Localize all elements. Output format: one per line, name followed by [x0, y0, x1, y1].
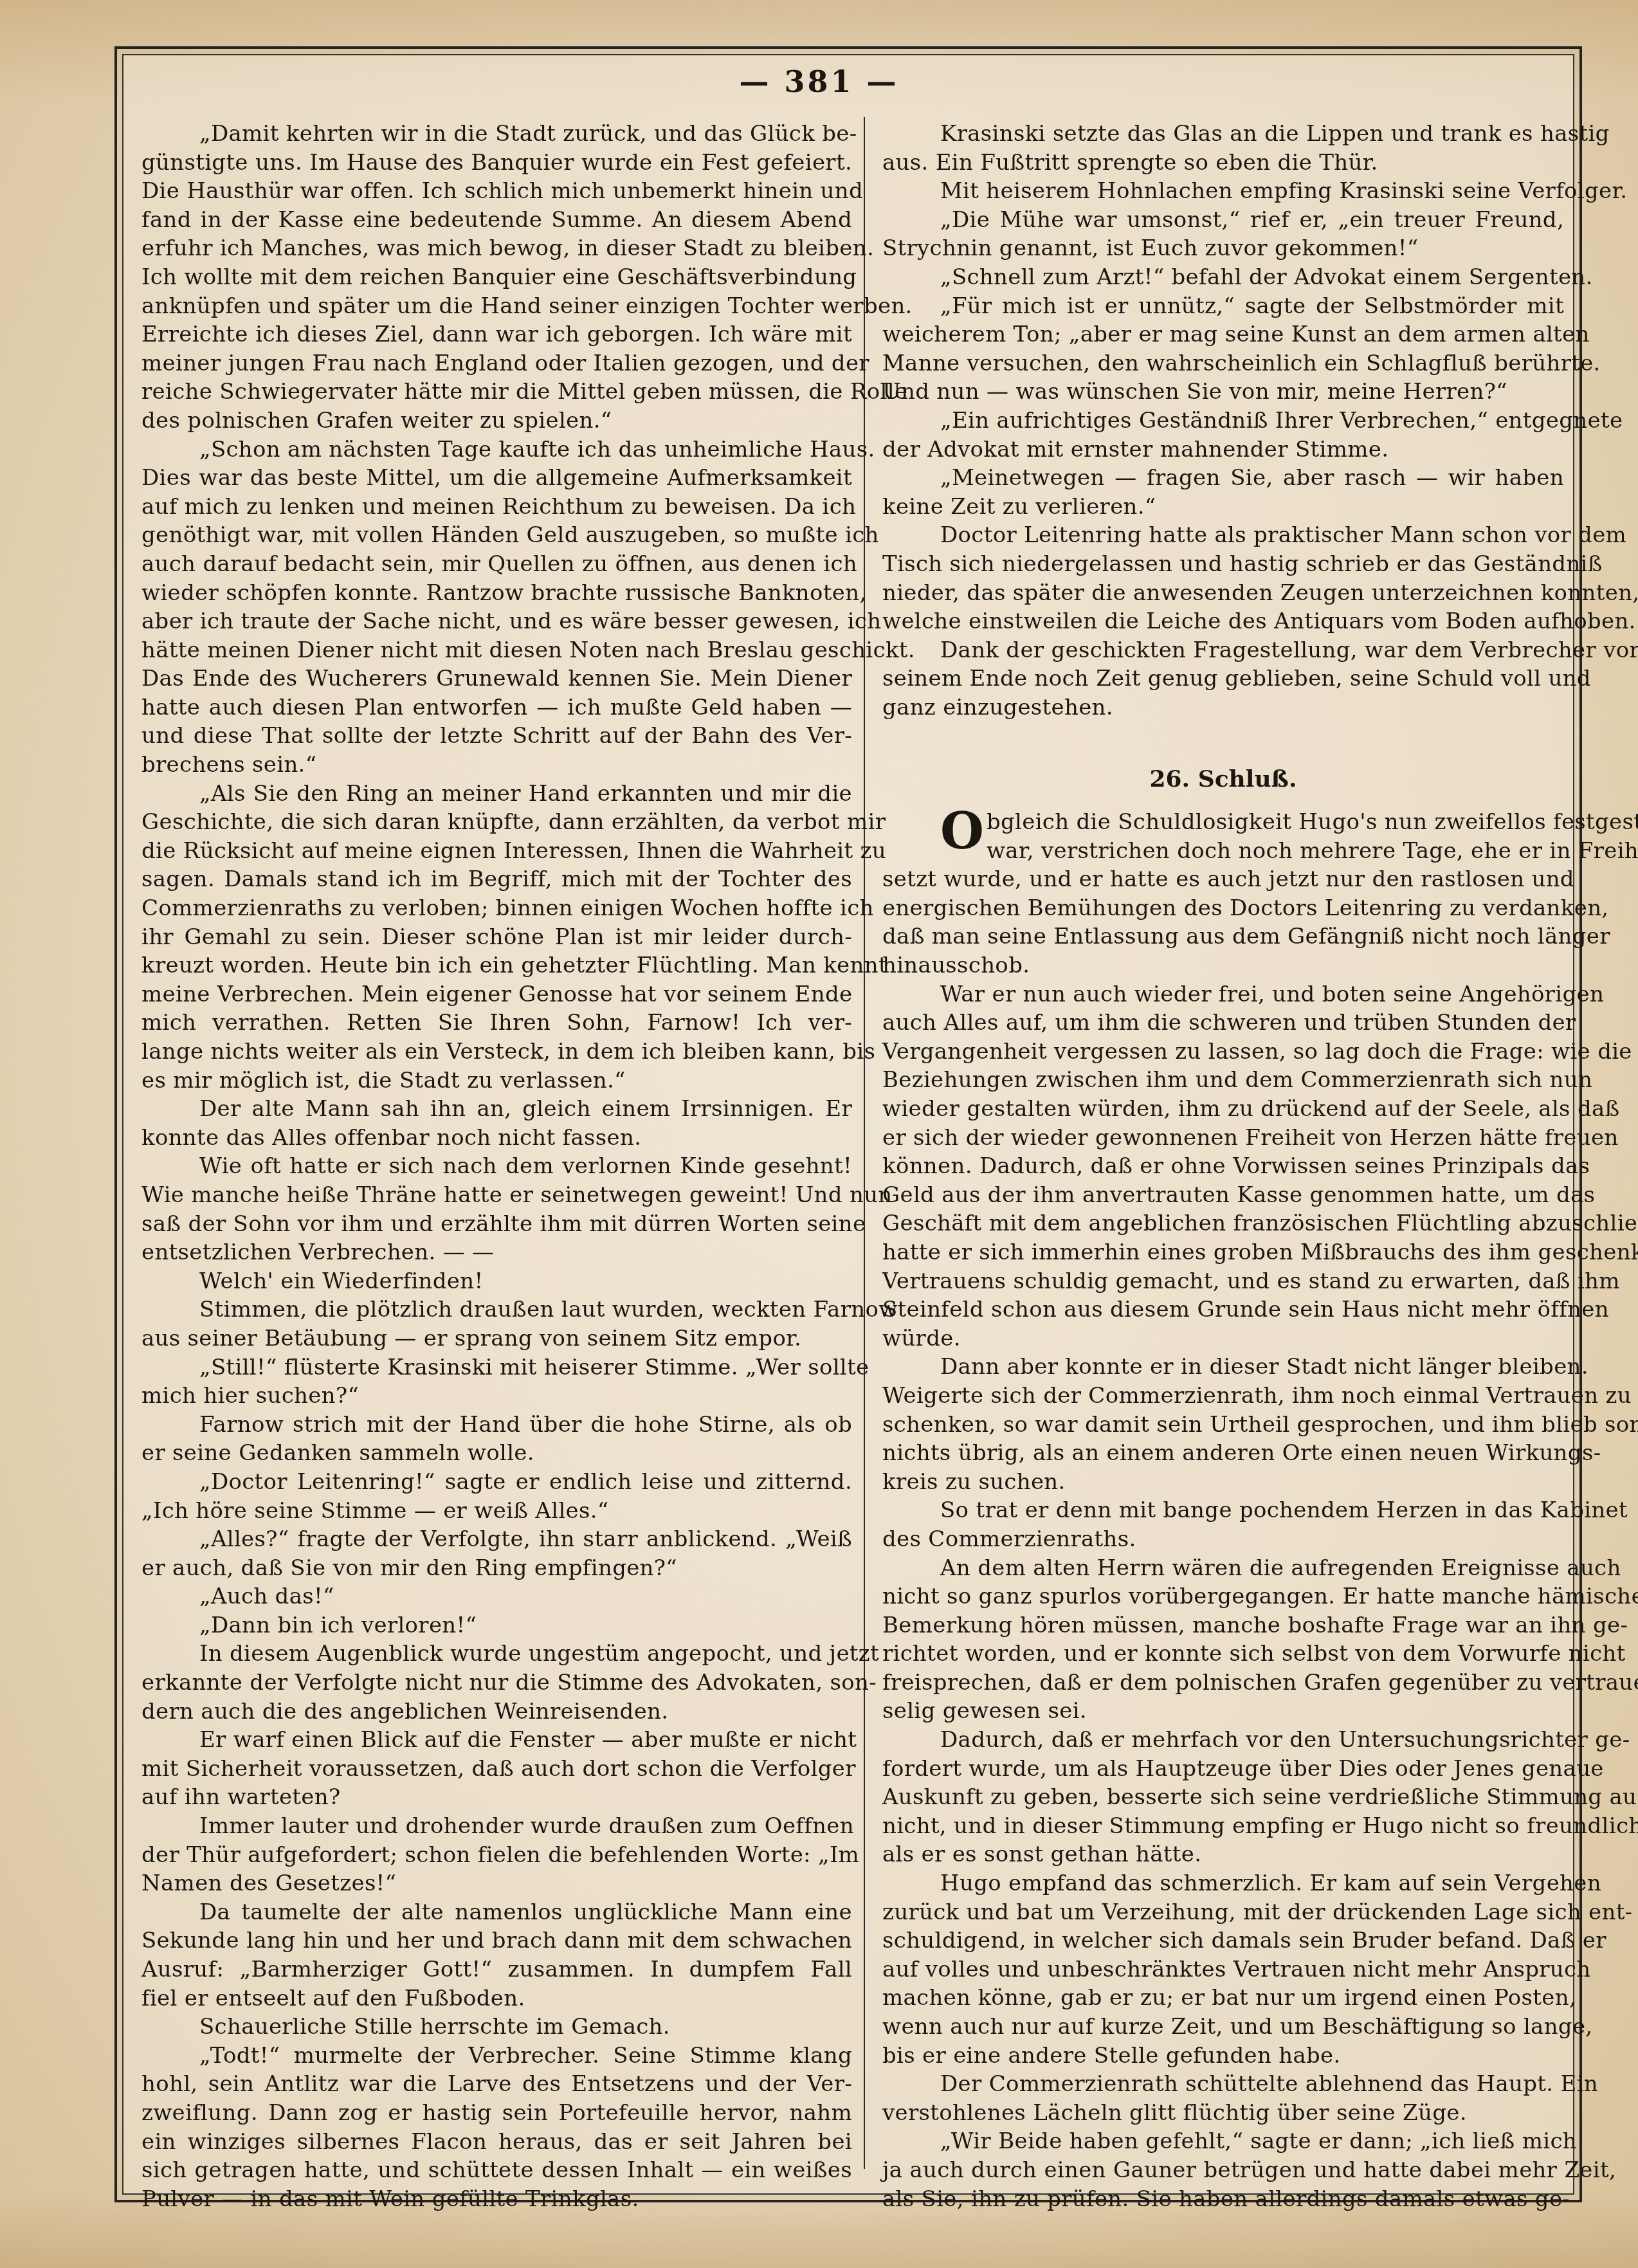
text-line: „Als Sie den Ring an meiner Hand erkannt…	[141, 780, 852, 809]
text-line: fand in der Kasse eine bedeutende Summe.…	[141, 206, 852, 235]
text-line: die Rücksicht auf meine eignen Interesse…	[141, 837, 852, 866]
text-line: Schauerliche Stille herrschte im Gemach.	[141, 2013, 852, 2042]
text-line: „Doctor Leitenring!“ sagte er endlich le…	[141, 1468, 852, 1497]
text-line: Dank der geschickten Fragestellung, war …	[882, 636, 1564, 665]
text-line: nieder, das später die anwesenden Zeugen…	[882, 579, 1564, 608]
text-line: Das Ende des Wucherers Grunewald kennen …	[141, 664, 852, 693]
text-line: „Wir Beide haben gefehlt,“ sagte er dann…	[882, 2127, 1564, 2156]
text-line: Beziehungen zwischen ihm und dem Commerz…	[882, 1066, 1564, 1095]
text-line: „Alles?“ fragte der Verfolgte, ihn starr…	[141, 1525, 852, 1554]
drop-cap-initial: O	[940, 809, 984, 854]
text-line: kreuzt worden. Heute bin ich ein gehetzt…	[141, 951, 852, 980]
text-line: freisprechen, daß er dem polnischen Graf…	[882, 1669, 1564, 1697]
text-line: anknüpfen und später um die Hand seiner …	[141, 292, 852, 321]
right-column-text-after-heading: Obgleich die Schuldlosigkeit Hugo's nun …	[882, 808, 1564, 2213]
text-line: „Dann bin ich verloren!“	[141, 1611, 852, 1640]
text-line: War er nun auch wieder frei, und boten s…	[882, 980, 1564, 1009]
text-line: „Ich höre seine Stimme — er weiß Alles.“	[141, 1497, 852, 1526]
right-column-text-before-heading: Krasinski setzte das Glas an die Lippen …	[882, 120, 1564, 722]
text-line: mit Sicherheit voraussetzen, daß auch do…	[141, 1755, 852, 1784]
text-line: In diesem Augenblick wurde ungestüm ange…	[141, 1640, 852, 1669]
text-line: „Todt!“ murmelte der Verbrecher. Seine S…	[141, 2042, 852, 2071]
text-line: auch Alles auf, um ihm die schweren und …	[882, 1009, 1564, 1038]
text-line: sich getragen hatte, und schüttete desse…	[141, 2156, 852, 2185]
text-line: wenn auch nur auf kurze Zeit, und um Bes…	[882, 2013, 1564, 2042]
text-line: welche einstweilen die Leiche des Antiqu…	[882, 607, 1564, 636]
text-line: Erreichte ich dieses Ziel, dann war ich …	[141, 320, 852, 349]
text-line: erfuhr ich Manches, was mich bewog, in d…	[141, 234, 852, 263]
text-line: der Thür aufgefordert; schon fielen die …	[141, 1841, 852, 1870]
text-line: Pulver — in das mit Wein gefüllte Trinkg…	[141, 2185, 852, 2214]
text-line: „Damit kehrten wir in die Stadt zurück, …	[141, 120, 852, 149]
text-line: keine Zeit zu verlieren.“	[882, 493, 1564, 522]
text-line: daß man seine Entlassung aus dem Gefängn…	[882, 922, 1564, 951]
text-line: Farnow strich mit der Hand über die hohe…	[141, 1411, 852, 1440]
text-line: Vergangenheit vergessen zu lassen, so la…	[882, 1038, 1564, 1066]
text-line: nicht, und in dieser Stimmung empfing er…	[882, 1812, 1564, 1841]
text-line: reiche Schwiegervater hätte mir die Mitt…	[141, 378, 852, 407]
text-line: „Für mich ist er unnütz,“ sagte der Selb…	[882, 292, 1564, 321]
text-line: auf mich zu lenken und meinen Reichthum …	[141, 493, 852, 522]
text-line: hatte auch diesen Plan entworfen — ich m…	[141, 693, 852, 722]
text-line: Die Hausthür war offen. Ich schlich mich…	[141, 177, 852, 206]
text-line: Immer lauter und drohender wurde draußen…	[141, 1812, 852, 1841]
text-line: Wie oft hatte er sich nach dem verlornen…	[141, 1152, 852, 1181]
column-divider	[864, 117, 865, 2169]
text-line: als er es sonst gethan hätte.	[882, 1840, 1564, 1869]
text-line: brechens sein.“	[141, 751, 852, 780]
text-line: aus seiner Betäubung — er sprang von sei…	[141, 1324, 852, 1353]
text-line: auch darauf bedacht sein, mir Quellen zu…	[141, 550, 852, 579]
text-line: Er warf einen Blick auf die Fenster — ab…	[141, 1726, 852, 1755]
text-line: „Ein aufrichtiges Geständniß Ihrer Verbr…	[882, 407, 1564, 435]
text-line: Mit heiserem Hohnlachen empfing Krasinsk…	[882, 177, 1564, 206]
text-line: Strychnin genannt, ist Euch zuvor gekomm…	[882, 234, 1564, 263]
text-line: weicherem Ton; „aber er mag seine Kunst …	[882, 320, 1564, 349]
text-line: Namen des Gesetzes!“	[141, 1869, 852, 1898]
text-line: aus. Ein Fußtritt sprengte so eben die T…	[882, 149, 1564, 178]
text-line: des polnischen Grafen weiter zu spielen.…	[141, 407, 852, 435]
text-line: Und nun — was wünschen Sie von mir, mein…	[882, 378, 1564, 407]
text-line: es mir möglich ist, die Stadt zu verlass…	[141, 1066, 852, 1095]
text-line: „Schnell zum Arzt!“ befahl der Advokat e…	[882, 263, 1564, 292]
text-line: machen könne, gab er zu; er bat nur um i…	[882, 1984, 1564, 2013]
text-line: mich verrathen. Retten Sie Ihren Sohn, F…	[141, 1009, 852, 1038]
text-line: Sekunde lang hin und her und brach dann …	[141, 1926, 852, 1955]
text-line: Ausruf: „Barmherziger Gott!“ zusammen. I…	[141, 1955, 852, 1984]
text-line: und diese That sollte der letzte Schritt…	[141, 722, 852, 751]
text-line: Ich wollte mit dem reichen Banquier eine…	[141, 263, 852, 292]
text-line: So trat er denn mit bange pochendem Herz…	[882, 1496, 1564, 1525]
text-line: energischen Bemühungen des Doctors Leite…	[882, 894, 1564, 923]
text-line: lange nichts weiter als ein Versteck, in…	[141, 1038, 852, 1066]
text-line: selig gewesen sei.	[882, 1697, 1564, 1726]
text-line: zweiflung. Dann zog er hastig sein Porte…	[141, 2099, 852, 2128]
text-line: Dies war das beste Mittel, um die allgem…	[141, 464, 852, 493]
text-line: Auskunft zu geben, besserte sich seine v…	[882, 1783, 1564, 1812]
text-line: konnte das Alles offenbar noch nicht fas…	[141, 1124, 852, 1153]
text-line: hatte er sich immerhin eines groben Mißb…	[882, 1238, 1564, 1267]
text-line: hohl, sein Antlitz war die Larve des Ent…	[141, 2070, 852, 2099]
text-line: war, verstrichen doch noch mehrere Tage,…	[882, 837, 1564, 866]
text-line: ganz einzugestehen.	[882, 693, 1564, 722]
text-line: „Die Mühe war umsonst,“ rief er, „ein tr…	[882, 206, 1564, 235]
text-line: richtet worden, und er konnte sich selbs…	[882, 1640, 1564, 1669]
text-line: hinausschob.	[882, 951, 1564, 980]
text-line: saß der Sohn vor ihm und erzählte ihm mi…	[141, 1210, 852, 1239]
text-line: verstohlenes Lächeln glitt flüchtig über…	[882, 2099, 1564, 2128]
text-line: „Auch das!“	[141, 1582, 852, 1611]
text-line: fiel er entseelt auf den Fußboden.	[141, 1984, 852, 2013]
text-line: kreis zu suchen.	[882, 1468, 1564, 1497]
text-line: Weigerte sich der Commerzienrath, ihm no…	[882, 1382, 1564, 1411]
text-line: erkannte der Verfolgte nicht nur die Sti…	[141, 1669, 852, 1697]
text-line: „Schon am nächsten Tage kaufte ich das u…	[141, 435, 852, 464]
text-line: Tisch sich niedergelassen und hastig sch…	[882, 550, 1564, 579]
text-line: hätte meinen Diener nicht mit diesen Not…	[141, 636, 852, 665]
text-line: Doctor Leitenring hatte als praktischer …	[882, 521, 1564, 550]
text-line: sagen. Damals stand ich im Begriff, mich…	[141, 865, 852, 894]
text-line: Steinfeld schon aus diesem Grunde sein H…	[882, 1295, 1564, 1324]
text-line: Der alte Mann sah ihn an, gleich einem I…	[141, 1095, 852, 1124]
text-line: wieder schöpfen konnte. Rantzow brachte …	[141, 579, 852, 608]
text-line: Bemerkung hören müssen, manche boshafte …	[882, 1611, 1564, 1640]
text-line: Krasinski setzte das Glas an die Lippen …	[882, 120, 1564, 149]
text-line: ein winziges silbernes Flacon heraus, da…	[141, 2128, 852, 2157]
text-line: schuldigend, in welcher sich damals sein…	[882, 1926, 1564, 1955]
left-column: „Damit kehrten wir in die Stadt zurück, …	[141, 120, 852, 2213]
text-line: zurück und bat um Verzeihung, mit der dr…	[882, 1898, 1564, 1927]
text-line: wieder gestalten würden, ihm zu drückend…	[882, 1095, 1564, 1124]
spacer	[882, 722, 1564, 751]
section-heading: 26. Schluß.	[882, 751, 1564, 808]
text-line: aber ich traute der Sache nicht, und es …	[141, 607, 852, 636]
text-line: er seine Gedanken sammeln wolle.	[141, 1439, 852, 1468]
text-line: können. Dadurch, daß er ohne Vorwissen s…	[882, 1152, 1564, 1181]
text-line: als Sie, ihn zu prüfen. Sie haben allerd…	[882, 2185, 1564, 2214]
text-line: bgleich die Schuldlosigkeit Hugo's nun z…	[882, 808, 1564, 837]
text-line: auf volles und unbeschränktes Vertrauen …	[882, 1955, 1564, 1984]
text-line: Geld aus der ihm anvertrauten Kasse geno…	[882, 1181, 1564, 1210]
text-line: Dadurch, daß er mehrfach vor den Untersu…	[882, 1726, 1564, 1755]
text-line: des Commerzienraths.	[882, 1525, 1564, 1554]
text-line: „Still!“ flüsterte Krasinski mit heisere…	[141, 1353, 852, 1382]
text-line: Stimmen, die plötzlich draußen laut wurd…	[141, 1295, 852, 1324]
text-line: Welch' ein Wiederfinden!	[141, 1267, 852, 1296]
text-line: setzt wurde, und er hatte es auch jetzt …	[882, 865, 1564, 894]
text-line: fordert wurde, um als Hauptzeuge über Di…	[882, 1755, 1564, 1784]
text-line: Commerzienraths zu verloben; binnen eini…	[141, 894, 852, 923]
text-line: günstigte uns. Im Hause des Banquier wur…	[141, 149, 852, 178]
text-line: der Advokat mit ernster mahnender Stimme…	[882, 435, 1564, 464]
text-line: bis er eine andere Stelle gefunden habe.	[882, 2042, 1564, 2071]
text-line: Der Commerzienrath schüttelte ablehnend …	[882, 2070, 1564, 2099]
right-column: Krasinski setzte das Glas an die Lippen …	[882, 120, 1564, 2213]
text-line: meine Verbrechen. Mein eigener Genosse h…	[141, 980, 852, 1009]
text-line: seinem Ende noch Zeit genug geblieben, s…	[882, 664, 1564, 693]
text-line: schenken, so war damit sein Urtheil gesp…	[882, 1411, 1564, 1440]
text-line: Da taumelte der alte namenlos unglücklic…	[141, 1898, 852, 1927]
text-line: mich hier suchen?“	[141, 1382, 852, 1411]
text-line: ja auch durch einen Gauner betrügen und …	[882, 2156, 1564, 2185]
text-line: entsetzlichen Verbrechen. — —	[141, 1238, 852, 1267]
text-line: Wie manche heiße Thräne hatte er seinetw…	[141, 1181, 852, 1210]
text-line: nichts übrig, als an einem anderen Orte …	[882, 1439, 1564, 1468]
text-line: würde.	[882, 1324, 1564, 1353]
text-line: er auch, daß Sie von mir den Ring empfin…	[141, 1554, 852, 1583]
text-line: nicht so ganz spurlos vorübergegangen. E…	[882, 1582, 1564, 1611]
text-line: Manne versuchen, den wahrscheinlich ein …	[882, 349, 1564, 378]
text-line: Geschäft mit dem angeblichen französisch…	[882, 1209, 1564, 1238]
text-line: auf ihn warteten?	[141, 1783, 852, 1812]
text-line: er sich der wieder gewonnenen Freiheit v…	[882, 1124, 1564, 1153]
text-line: ihr Gemahl zu sein. Dieser schöne Plan i…	[141, 923, 852, 952]
text-line: „Meinetwegen — fragen Sie, aber rasch — …	[882, 464, 1564, 493]
text-line: Vertrauens schuldig gemacht, und es stan…	[882, 1267, 1564, 1296]
page-number: — 381 —	[0, 64, 1638, 99]
text-line: dern auch die des angeblichen Weinreisen…	[141, 1697, 852, 1726]
text-line: Hugo empfand das schmerzlich. Er kam auf…	[882, 1869, 1564, 1898]
text-line: An dem alten Herrn wären die aufregenden…	[882, 1554, 1564, 1583]
text-line: Geschichte, die sich daran knüpfte, dann…	[141, 808, 852, 837]
text-line: genöthigt war, mit vollen Händen Geld au…	[141, 521, 852, 550]
text-line: Dann aber konnte er in dieser Stadt nich…	[882, 1353, 1564, 1382]
text-line: meiner jungen Frau nach England oder Ita…	[141, 349, 852, 378]
